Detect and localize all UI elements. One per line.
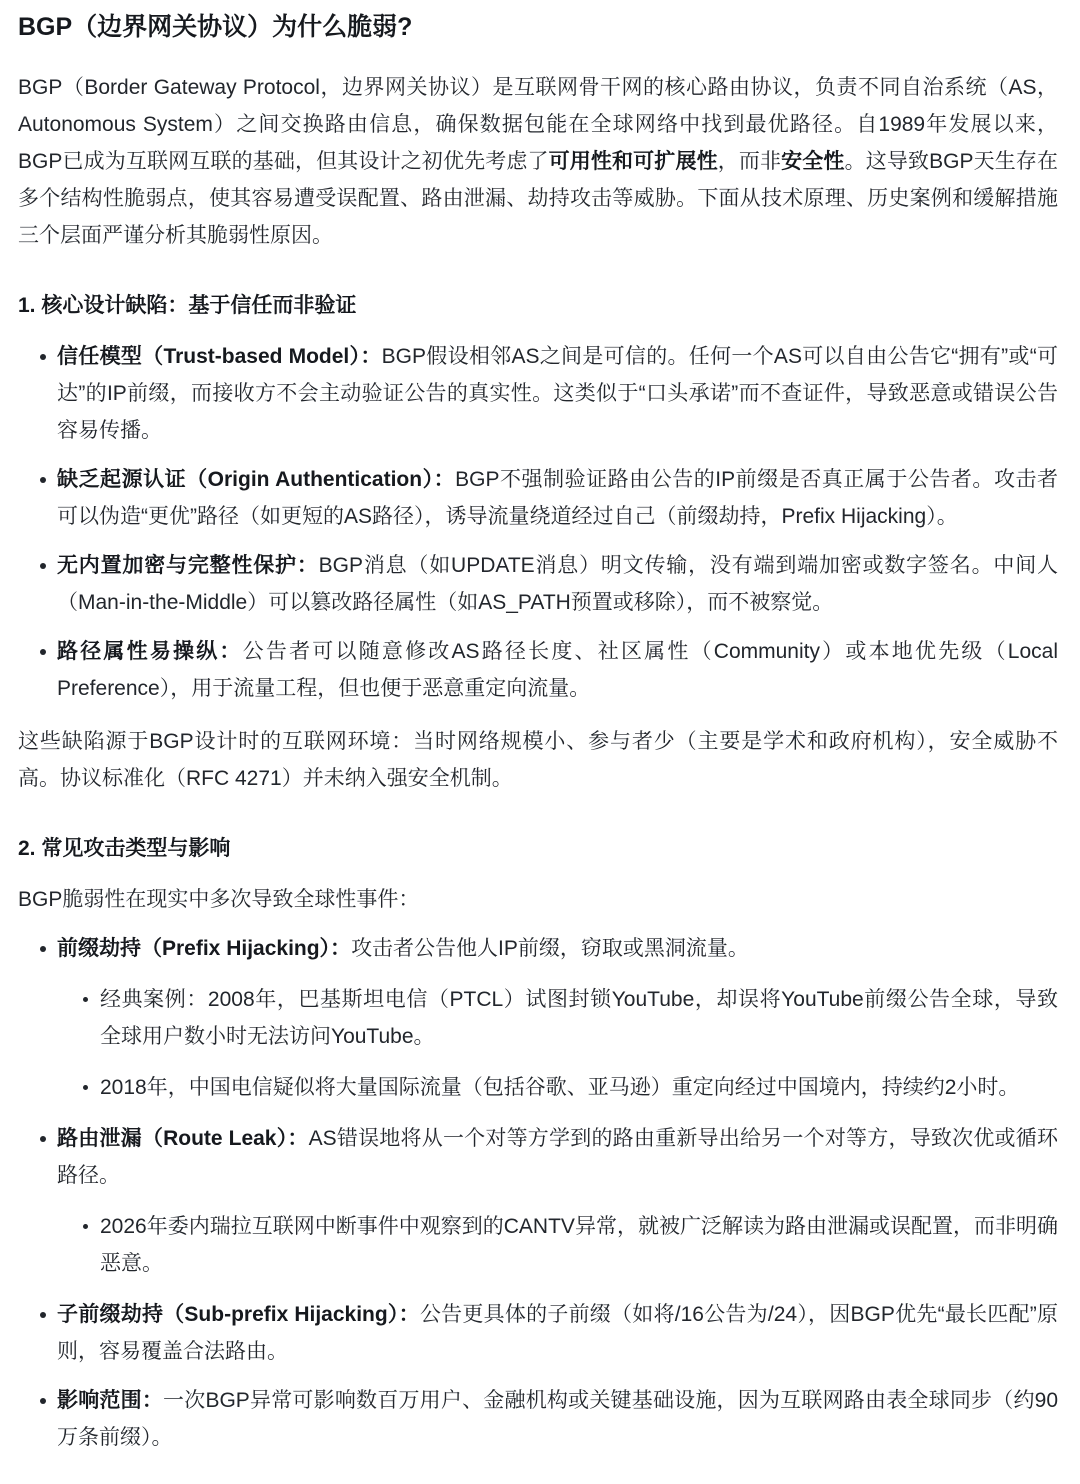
- list-item: 路由泄漏（Route Leak）：AS错误地将从一个对等方学到的路由重新导出给另…: [57, 1120, 1058, 1282]
- sub-list-item: 2018年，中国电信疑似将大量国际流量（包括谷歌、亚马逊）重定向经过中国境内，持…: [100, 1069, 1058, 1106]
- list-item: 子前缀劫持（Sub-prefix Hijacking）：公告更具体的子前缀（如将…: [57, 1296, 1058, 1370]
- section1-closing-paragraph: 这些缺陷源于BGP设计时的互联网环境：当时网络规模小、参与者少（主要是学术和政府…: [18, 723, 1058, 797]
- section1-list: 信任模型（Trust-based Model）：BGP假设相邻AS之间是可信的。…: [18, 338, 1058, 707]
- sub-list: 2026年委内瑞拉互联网中断事件中观察到的CANTV异常，就被广泛解读为路由泄漏…: [57, 1208, 1058, 1282]
- page-title: BGP（边界网关协议）为什么脆弱?: [18, 12, 1058, 42]
- text-run: 一次BGP异常可影响数百万用户、金融机构或关键基础设施，因为互联网路由表全球同步…: [57, 1389, 1058, 1449]
- sub-list: 经典案例：2008年，巴基斯坦电信（PTCL）试图封锁YouTube，却误将Yo…: [57, 981, 1058, 1106]
- bold-text: 路径属性易操纵：: [57, 640, 243, 663]
- bold-text: 信任模型（Trust-based Model）：: [57, 345, 382, 368]
- section2-list: 前缀劫持（Prefix Hijacking）：攻击者公告他人IP前缀，窃取或黑洞…: [18, 930, 1058, 1456]
- bold-text: 子前缀劫持（Sub-prefix Hijacking）：: [57, 1303, 420, 1326]
- bold-text: 缺乏起源认证（Origin Authentication）：: [57, 468, 455, 491]
- text-run: 2018年，中国电信疑似将大量国际流量（包括谷歌、亚马逊）重定向经过中国境内，持…: [100, 1076, 1019, 1099]
- bold-text: 前缀劫持（Prefix Hijacking）：: [57, 937, 351, 960]
- sub-list-item: 2026年委内瑞拉互联网中断事件中观察到的CANTV异常，就被广泛解读为路由泄漏…: [100, 1208, 1058, 1282]
- text-run: ，而非: [718, 150, 781, 173]
- text-run: 这些缺陷源于BGP设计时的互联网环境：当时网络规模小、参与者少（主要是学术和政府…: [18, 730, 1058, 790]
- article: BGP（边界网关协议）为什么脆弱? BGP（Border Gateway Pro…: [0, 0, 1080, 1482]
- bold-text: 无内置加密与完整性保护：: [57, 554, 319, 577]
- list-item: 无内置加密与完整性保护：BGP消息（如UPDATE消息）明文传输，没有端到端加密…: [57, 547, 1058, 621]
- list-item: 前缀劫持（Prefix Hijacking）：攻击者公告他人IP前缀，窃取或黑洞…: [57, 930, 1058, 1106]
- list-item: 缺乏起源认证（Origin Authentication）：BGP不强制验证路由…: [57, 461, 1058, 535]
- sub-list-item: 经典案例：2008年，巴基斯坦电信（PTCL）试图封锁YouTube，却误将Yo…: [100, 981, 1058, 1055]
- section2-heading: 2. 常见攻击类型与影响: [18, 835, 1058, 862]
- text-run: 2026年委内瑞拉互联网中断事件中观察到的CANTV异常，就被广泛解读为路由泄漏…: [100, 1215, 1058, 1275]
- text-run: 攻击者公告他人IP前缀，窃取或黑洞流量。: [351, 937, 749, 960]
- list-item: 信任模型（Trust-based Model）：BGP假设相邻AS之间是可信的。…: [57, 338, 1058, 449]
- bold-text: 路由泄漏（Route Leak）：: [57, 1127, 309, 1150]
- list-item: 影响范围：一次BGP异常可影响数百万用户、金融机构或关键基础设施，因为互联网路由…: [57, 1382, 1058, 1456]
- bold-text: 安全性: [781, 150, 844, 173]
- text-run: 经典案例：2008年，巴基斯坦电信（PTCL）试图封锁YouTube，却误将Yo…: [100, 988, 1058, 1048]
- bold-text: 影响范围：: [57, 1389, 163, 1412]
- list-item: 路径属性易操纵：公告者可以随意修改AS路径长度、社区属性（Community）或…: [57, 633, 1058, 707]
- intro-paragraph: BGP（Border Gateway Protocol，边界网关协议）是互联网骨…: [18, 69, 1058, 254]
- section2-lead: BGP脆弱性在现实中多次导致全球性事件：: [18, 881, 1058, 918]
- bold-text: 可用性和可扩展性: [549, 150, 718, 173]
- section1-heading: 1. 核心设计缺陷：基于信任而非验证: [18, 292, 1058, 319]
